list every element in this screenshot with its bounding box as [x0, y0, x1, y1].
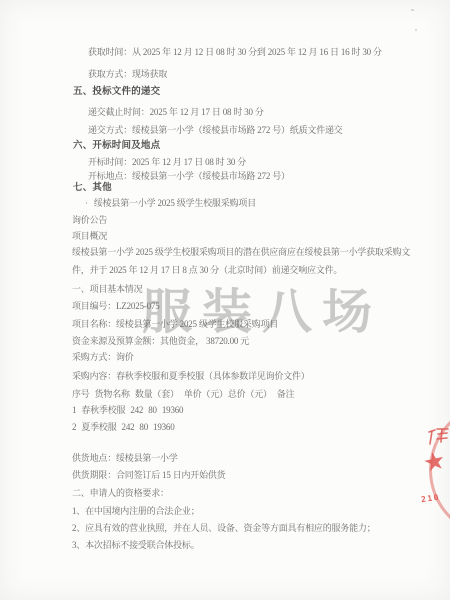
- purchase-content-line: 采购内容：春秋季校服和夏季校服（具体参数详见询价文件）: [72, 370, 310, 382]
- supply-term-line: 供货期限：合同签订后 15 日内开始供货: [72, 469, 226, 481]
- row1-goods: 春秋季校服: [81, 405, 125, 415]
- scanned-document-page: 服装八场 获取时间：从 2025 年 12 月 12 日 08 时 30 分到 …: [0, 0, 450, 600]
- section-7-heading: 七、其他: [73, 182, 112, 194]
- table-row: 1春秋季校服2428019360: [72, 404, 188, 416]
- acquire-method-line: 获取方式：现场获取: [88, 68, 167, 80]
- project-title-text: 绥棱县第一小学 2025 级学生校服采购项目: [94, 198, 256, 208]
- row2-quantity: 242: [122, 422, 135, 432]
- col-goods-name: 货物名称: [95, 389, 130, 399]
- notice-type-line: 询价公告: [72, 214, 107, 226]
- section-6-heading: 六、开标时间及地点: [73, 140, 160, 152]
- acquire-time-line: 获取时间：从 2025 年 12 月 12 日 08 时 30 分到 2025 …: [88, 46, 382, 58]
- goods-table-header: 序号货物名称数量（套）单价（元）总价（元）备注: [72, 388, 299, 400]
- row1-quantity: 242: [130, 405, 143, 415]
- project-title-bullet-line: ·绥棱县第一小学 2025 级学生校服采购项目: [85, 197, 256, 209]
- watermark-text: 服装八场: [142, 273, 382, 342]
- bullet-dot: ·: [85, 198, 88, 208]
- open-place-line: 开标地点：绥棱县第一小学（绥棱县市场路 272 号）: [88, 170, 290, 182]
- section-5-heading: 五、投标文件的递交: [73, 86, 160, 98]
- row2-total: 19360: [153, 422, 175, 432]
- project-name-line: 项目名称：绥棱县第一小学 2025 级学生校服采购项目: [72, 318, 278, 330]
- seal-star-icon: ★: [421, 447, 448, 476]
- overview-heading-line: 项目概况: [72, 230, 107, 242]
- qualification-item-1: 1、在中国境内注册的合法企业；: [72, 505, 200, 517]
- col-index: 序号: [72, 389, 90, 399]
- budget-line: 资金来源及预算金额：其他资金， 38720.00 元: [72, 335, 249, 347]
- qualification-heading: 二、申请人的资格要求：: [72, 487, 169, 499]
- scan-artifact: [411, 9, 414, 11]
- submit-method-line: 递交方式：绥棱县第一小学（绥棱县市场路 272 号）纸质文件递交: [88, 124, 343, 136]
- row2-goods: 夏季校服: [81, 422, 116, 432]
- qualification-item-2: 2、应具有效的营业执照，并在人员、设备、资金等方面具有相应的服务能力；: [72, 522, 376, 534]
- overview-paragraph-line-2: 件，并于 2025 年 12 月 17 日 8 点 30 分（北京时间）前递交响…: [72, 264, 342, 276]
- row2-unit-price: 80: [139, 422, 148, 432]
- open-time-line: 开标时间：2025 年 12 月 17 日 08 时 30 分: [88, 156, 246, 168]
- col-total-price: 总价（元）: [228, 389, 272, 399]
- row2-index: 2: [72, 422, 76, 432]
- col-quantity: 数量（套）: [135, 389, 179, 399]
- table-row: 2夏季校服2428019360: [72, 421, 180, 433]
- overview-paragraph-line-1: 绥棱县第一小学 2025 级学生校服采购项目的潜在供应商应在绥棱县第一小学获取采…: [72, 246, 410, 258]
- submit-deadline-line: 递交截止时间：2025 年 12 月 17 日 08 时 30 分: [88, 106, 264, 118]
- row1-total: 19360: [162, 405, 184, 415]
- row1-unit-price: 80: [148, 405, 157, 415]
- qualification-item-3: 3、本次招标不接受联合体投标。: [72, 539, 200, 551]
- col-unit-price: 单价（元）: [184, 389, 228, 399]
- project-no-line: 项目编号：LZ2025-075: [72, 300, 160, 312]
- scan-artifact: [415, 29, 417, 31]
- col-remark: 备注: [277, 389, 295, 399]
- supply-place-line: 供货地点：绥棱县第一小学: [72, 452, 178, 464]
- basic-info-heading: 一、项目基本情况: [72, 283, 142, 295]
- seal-character-marks: [426, 427, 450, 447]
- row1-index: 1: [72, 405, 76, 415]
- purchase-method-line: 采购方式：询价: [72, 351, 134, 363]
